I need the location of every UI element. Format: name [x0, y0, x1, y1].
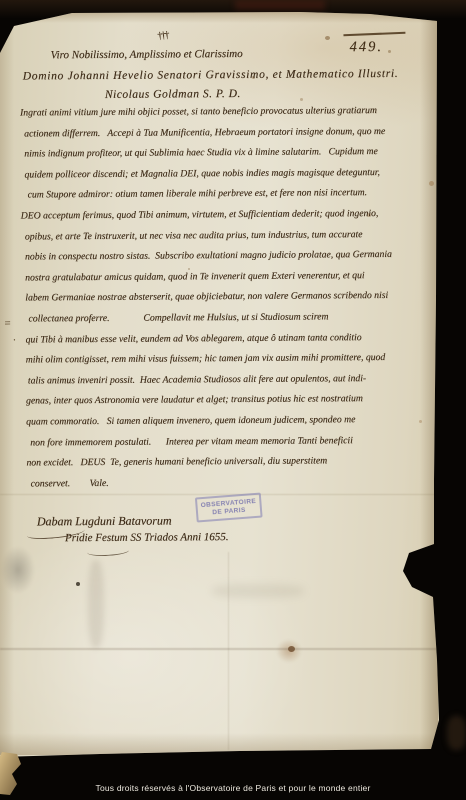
heading-line: Nicolaus Goldman S. P. D. — [105, 88, 241, 101]
margin-mark: · — [13, 335, 17, 347]
heading-line: Domino Johanni Hevelio Senatori Gravissi… — [23, 68, 399, 83]
letter-body: Ingrati animi vitium jure mihi objici po… — [0, 104, 466, 499]
letter-content: ††† 449. Viro Nobilissimo, Amplissimo et… — [0, 0, 466, 800]
triple-cross-mark: ††† — [157, 30, 169, 42]
margin-mark: = — [4, 318, 10, 330]
archive-stamp: OBSERVATOIRE DE PARIS — [195, 493, 263, 523]
dateline: Pridie Festum SS Triados Anni 1655. — [65, 531, 229, 544]
folio-overline — [343, 32, 405, 37]
folio-number: 449. — [349, 39, 382, 56]
stamp-text-line2: DE PARIS — [212, 506, 246, 516]
scanner-background-bump — [447, 716, 466, 750]
letter-paper: ††† 449. Viro Nobilissimo, Amplissimo et… — [0, 0, 466, 800]
footer-caption: Tous droits réservés à l'Observatoire de… — [0, 783, 466, 793]
scanner-smear — [235, 0, 325, 10]
heading-line: Viro Nobilissimo, Amplissimo et Clarissi… — [51, 48, 243, 61]
pen-flourish — [87, 546, 129, 557]
manuscript-scan: ††† 449. Viro Nobilissimo, Amplissimo et… — [0, 0, 466, 800]
